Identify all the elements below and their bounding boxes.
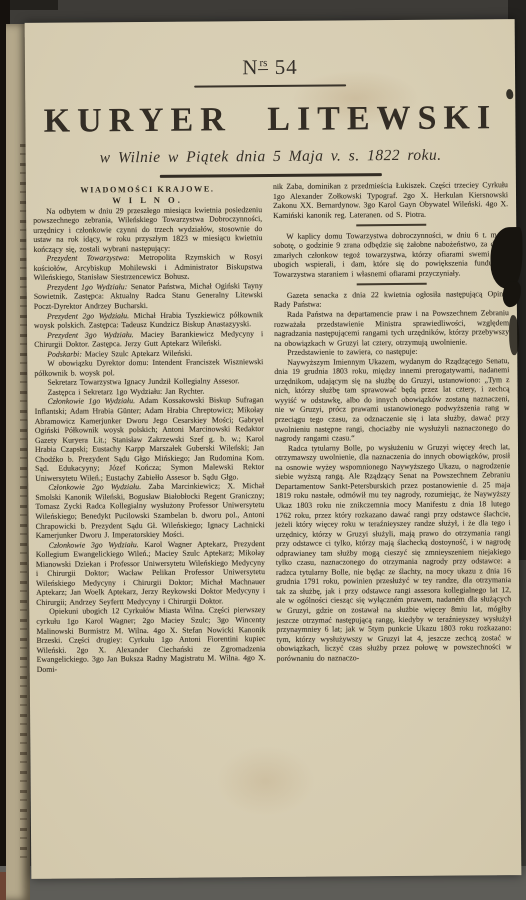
- article-paragraph: Członkowie 3go Wydziału. Karol Wagner Ap…: [36, 539, 266, 608]
- issue-value: 54: [275, 55, 298, 79]
- article-columns: WIADOMOŚCI KRAJOWE.W I L N O.Na odbytem …: [26, 175, 521, 848]
- paragraph-lead-italic: Prezydent Towarzystwa:: [46, 253, 129, 263]
- ink-blot: [506, 89, 513, 99]
- article-paragraph: Rada Państwa na departamencie praw i na …: [274, 308, 509, 348]
- masthead: Nrs 54 KURYER LITEWSKI w Wilnie w Piątek…: [25, 19, 516, 179]
- article-paragraph: Prezydent 2go Wydziału. Michał Hrabia Ty…: [34, 310, 263, 331]
- paragraph-lead-italic: Członkowie 1go Wydziału.: [48, 397, 135, 407]
- paragraph-lead-italic: Prezydent 1go Wydziału:: [47, 282, 128, 292]
- column-left: WIADOMOŚCI KRAJOWE.W I L N O.Na odbytem …: [33, 182, 267, 848]
- newspaper-title: KURYER LITEWSKI: [25, 99, 515, 141]
- article-paragraph: Członkowie 1go Wydziału. Adam Kossakowsk…: [35, 396, 265, 484]
- masthead-dateline: w Wilnie w Piątek dnia 5 Maja v. s. 1822…: [26, 146, 516, 168]
- article-paragraph: Prezydent 3go Wydziału. Maciey Barankiew…: [34, 329, 263, 350]
- column-right: nik Zaba, dominikan z przedmieścia Łukis…: [273, 180, 513, 846]
- article-paragraph: nik Zaba, dominikan z przedmieścia Łukis…: [273, 180, 508, 220]
- article-paragraph: Opiekuni ubogich 12 Cyrkułów Miasta Wiln…: [36, 606, 266, 675]
- article-paragraph: Radca tytularny Bolle, po wysłużeniu w G…: [275, 442, 512, 663]
- article-paragraph: W kaplicy domu Towarzystwa dobroczynnośc…: [273, 230, 508, 280]
- section-divider-rule: [356, 224, 426, 226]
- article-paragraph: W obowiązku Dyrektor domu: Intendent Fra…: [34, 357, 263, 378]
- article-paragraph: Na odbytem w dniu 29 przeszłego miesiąca…: [33, 205, 262, 255]
- article-paragraph: Prezydent 1go Wydziału: Senator Państwa,…: [34, 281, 263, 311]
- issue-superscript: rs: [258, 57, 268, 70]
- paragraph-lead-italic: Prezydent 3go Wydziału.: [47, 330, 134, 340]
- issue-prefix: N: [242, 55, 258, 79]
- masthead-thin-rule: [194, 84, 346, 87]
- article-paragraph: Gazeta senacka z dnia 22 kwietnia ogłosi…: [274, 289, 509, 310]
- article-paragraph: Członkowie 2go Wydziału. Zaba Marcinkiew…: [35, 481, 264, 540]
- paragraph-lead-italic: Członkowie 2go Wydziału.: [48, 482, 141, 492]
- paragraph-lead-italic: Członkowie 3go Wydziału.: [49, 540, 139, 550]
- newspaper-page: Nrs 54 KURYER LITEWSKI w Wilnie w Piątek…: [25, 19, 522, 879]
- article-paragraph: Naywyższym Imiennym Ukazem, wydanym do R…: [274, 356, 510, 444]
- issue-number: Nrs 54: [25, 53, 515, 82]
- article-paragraph: Prezydent Towarzystwa: Metropolita Rzyms…: [33, 252, 262, 282]
- paragraph-lead-italic: Podskarbi:: [47, 349, 82, 358]
- paragraph-lead-italic: Prezydent 2go Wydziału.: [47, 311, 129, 321]
- section-divider-rule: [356, 283, 426, 285]
- ink-blot: [490, 227, 522, 289]
